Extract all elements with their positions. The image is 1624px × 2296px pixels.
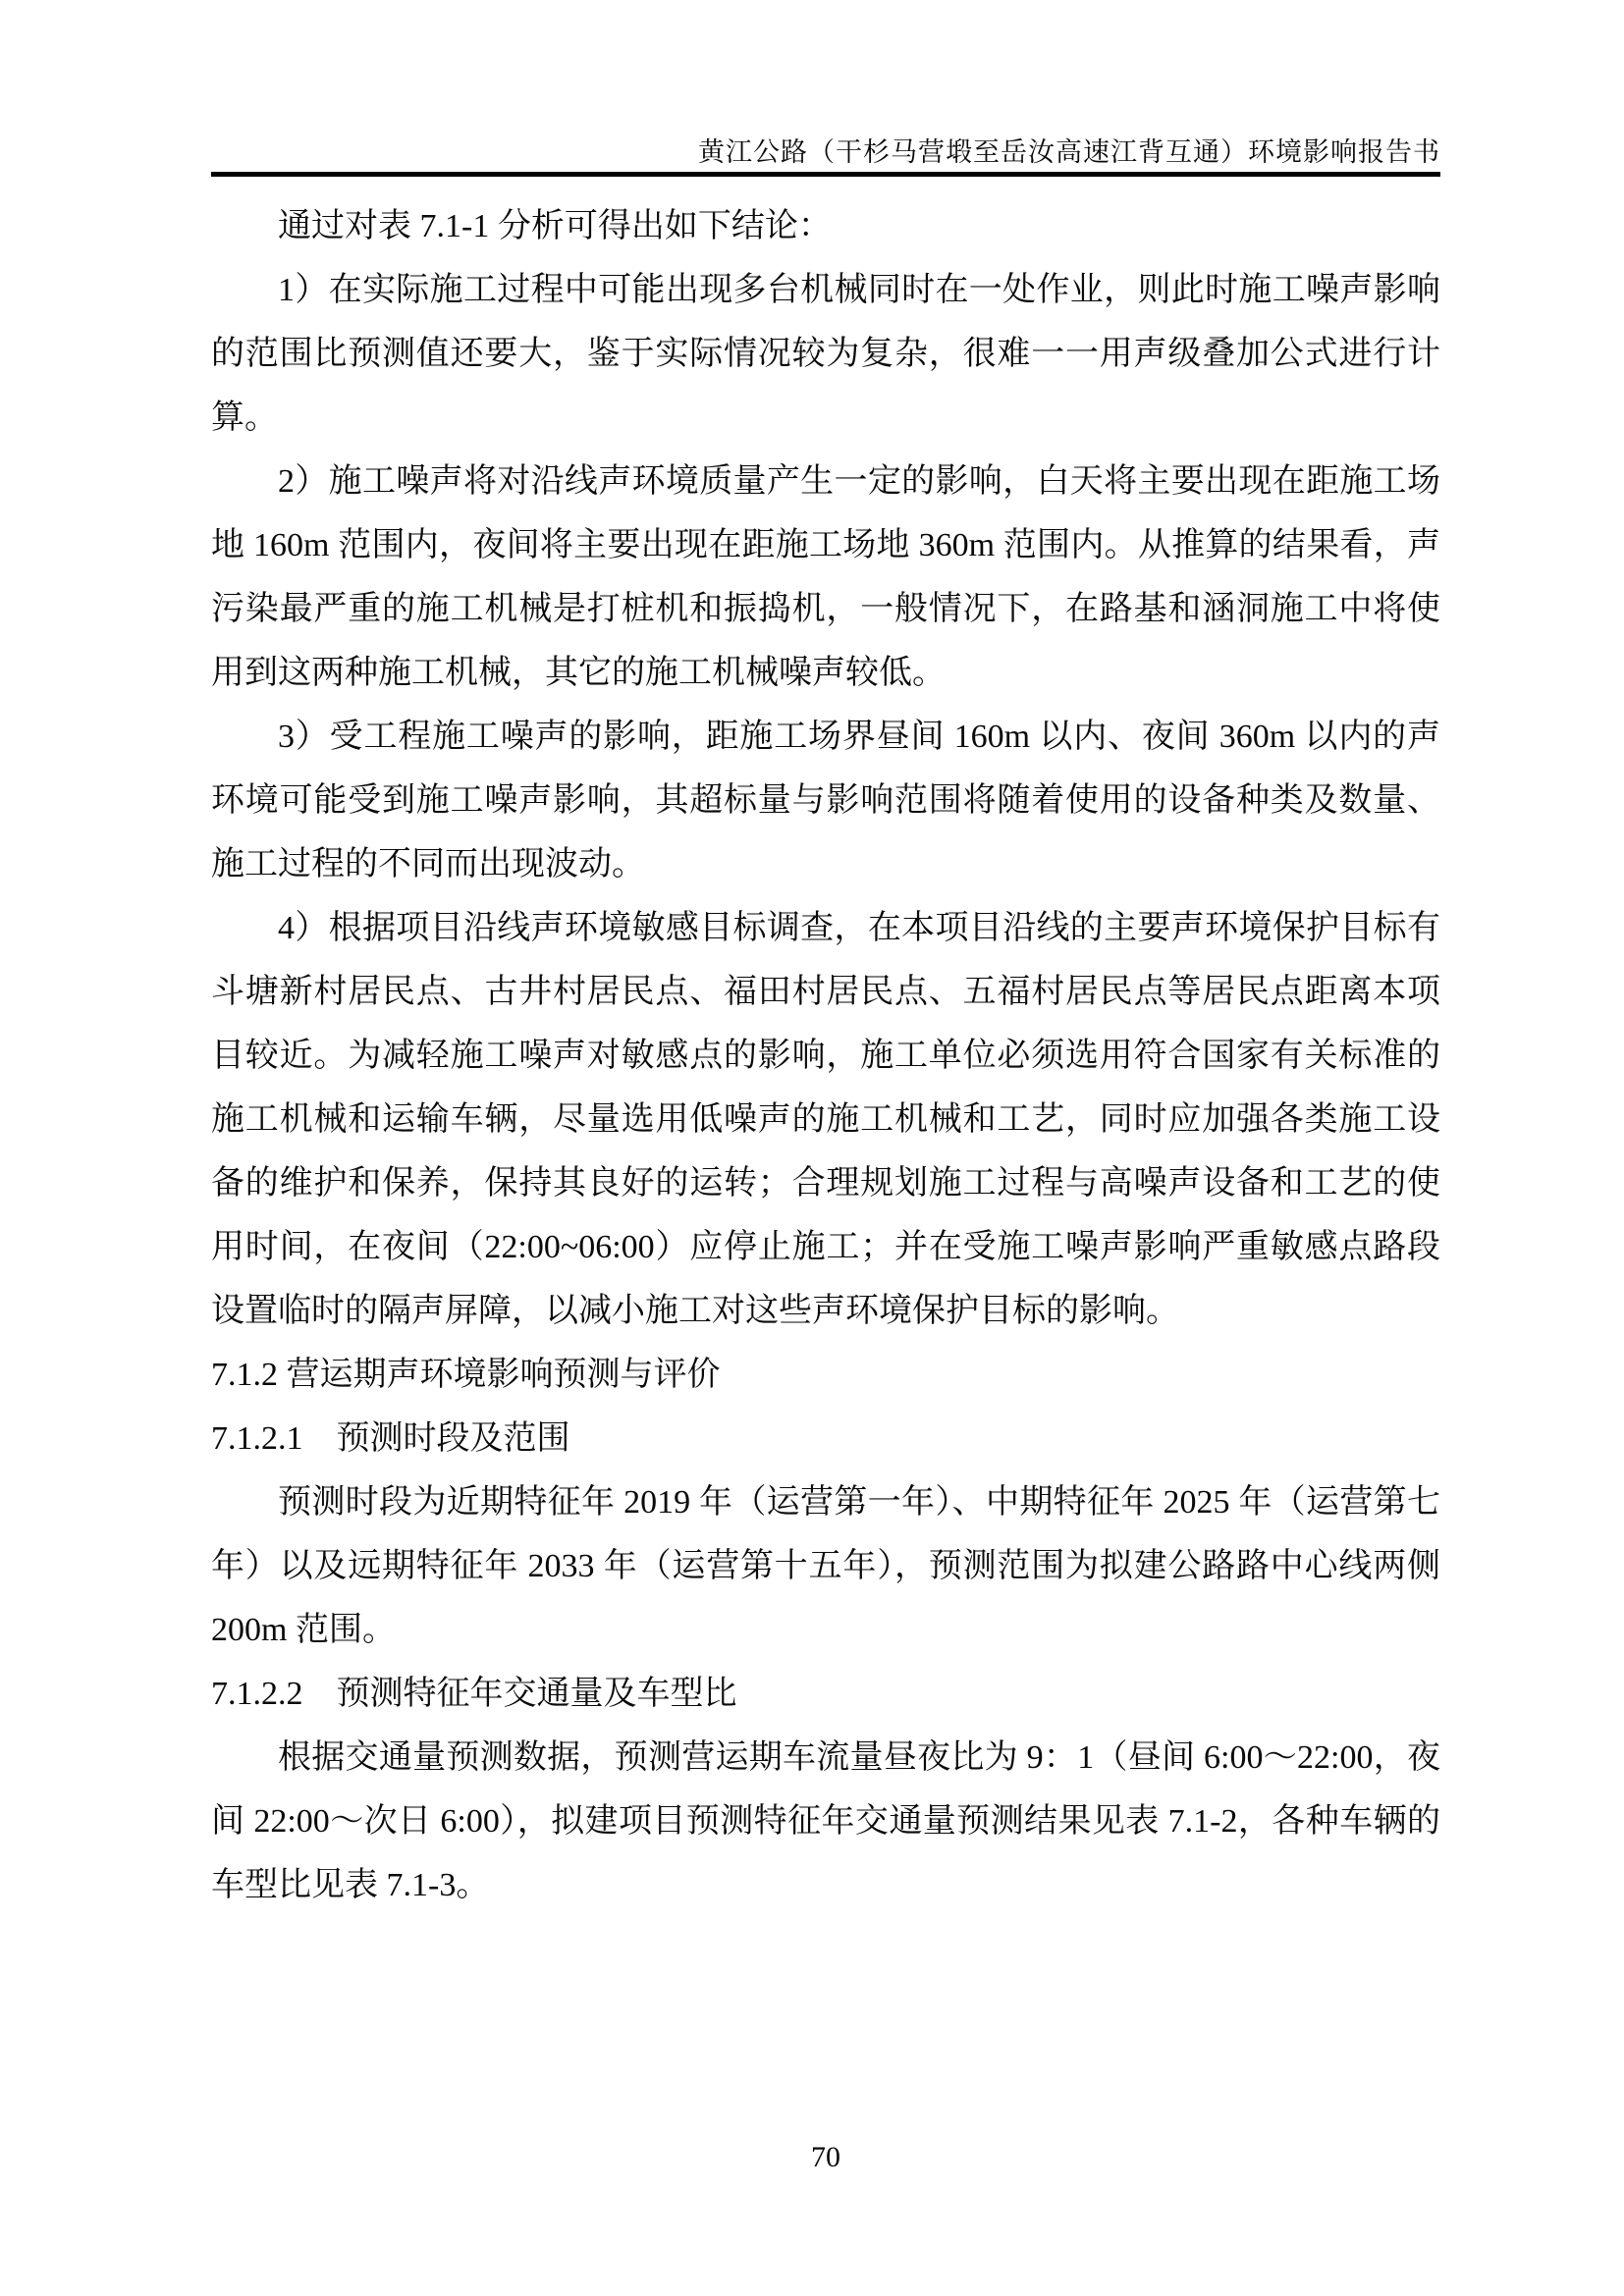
page-number: 70 — [211, 2138, 1440, 2177]
section-heading-7-1-2-2: 7.1.2.2 预测特征年交通量及车型比 — [211, 1662, 1440, 1726]
paragraph-conclusion-intro: 通过对表 7.1-1 分析可得出如下结论： — [211, 194, 1440, 258]
section-heading-7-1-2-1: 7.1.2.1 预测时段及范围 — [211, 1407, 1440, 1470]
header-rule — [211, 172, 1440, 177]
document-page: 黄江公路（干杉马营塅至岳汝高速江背互通）环境影响报告书 通过对表 7.1-1 分… — [0, 0, 1624, 2296]
paragraph-traffic-forecast: 根据交通量预测数据，预测营运期车流量昼夜比为 9：1（昼间 6:00～22:00… — [211, 1726, 1440, 1917]
paragraph-conclusion-1: 1）在实际施工过程中可能出现多台机械同时在一处作业，则此时施工噪声影响的范围比预… — [211, 258, 1440, 450]
paragraph-conclusion-3: 3）受工程施工噪声的影响，距施工场界昼间 160m 以内、夜间 360m 以内的… — [211, 705, 1440, 896]
paragraph-prediction-period: 预测时段为近期特征年 2019 年（运营第一年）、中期特征年 2025 年（运营… — [211, 1470, 1440, 1662]
report-header-title: 黄江公路（干杉马营塅至岳汝高速江背互通）环境影响报告书 — [211, 135, 1440, 169]
section-heading-7-1-2: 7.1.2 营运期声环境影响预测与评价 — [211, 1343, 1440, 1407]
document-body: 通过对表 7.1-1 分析可得出如下结论： 1）在实际施工过程中可能出现多台机械… — [211, 194, 1440, 1917]
paragraph-conclusion-2: 2）施工噪声将对沿线声环境质量产生一定的影响，白天将主要出现在距施工场地 160… — [211, 450, 1440, 705]
paragraph-conclusion-4: 4）根据项目沿线声环境敏感目标调查，在本项目沿线的主要声环境保护目标有斗塘新村居… — [211, 896, 1440, 1343]
